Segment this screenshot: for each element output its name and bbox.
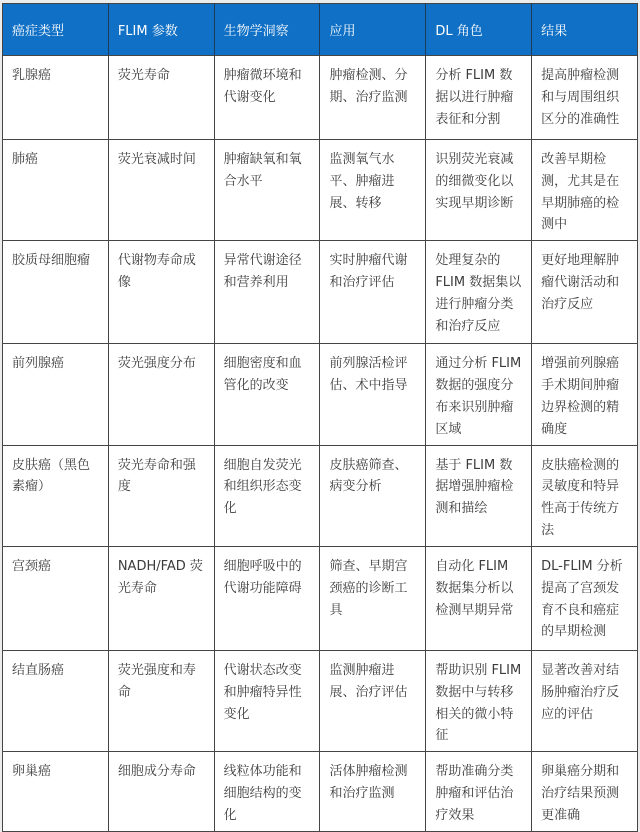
dl-role-cell: 识别荧光衰减的细微变化以实现早期诊断 [426,140,532,241]
dl-role-cell: 基于 FLIM 数据增强肿瘤检测和描绘 [426,445,532,546]
column-header: 癌症类型 [3,4,109,56]
cancer-type-cell: 宫颈癌 [3,546,109,650]
biological-insight-cell: 异常代谢途径和营养利用 [214,241,320,344]
cancer-type-cell: 乳腺癌 [3,56,109,140]
table-row: 前列腺癌荧光强度分布细胞密度和血管化的改变前列腺活检评估、术中指导通过分析 FL… [3,344,638,445]
dl-role-cell: 通过分析 FLIM 数据的强度分布来识别肿瘤区域 [426,344,532,445]
dl-role-cell: 处理复杂的 FLIM 数据集以进行肿瘤分类和治疗反应 [426,241,532,344]
application-cell: 皮肤癌筛查、病变分析 [320,445,426,546]
flim-parameter-cell: NADH/FAD 荧光寿命 [108,546,214,650]
cancer-type-cell: 皮肤癌（黑色素瘤） [3,445,109,546]
cancer-type-cell: 前列腺癌 [3,344,109,445]
application-cell: 前列腺活检评估、术中指导 [320,344,426,445]
table-body: 乳腺癌荧光寿命肿瘤微环境和代谢变化肿瘤检测、分期、治疗监测分析 FLIM 数据以… [3,56,638,832]
dl-role-cell: 分析 FLIM 数据以进行肿瘤表征和分割 [426,56,532,140]
biological-insight-cell: 肿瘤缺氧和氧合水平 [214,140,320,241]
table-row: 宫颈癌NADH/FAD 荧光寿命细胞呼吸中的代谢功能障碍筛查、早期宫颈癌的诊断工… [3,546,638,650]
page: 癌症类型FLIM 参数生物学洞察应用DL 角色结果 乳腺癌荧光寿命肿瘤微环境和代… [0,0,640,829]
flim-parameter-cell: 细胞成分寿命 [108,752,214,831]
biological-insight-cell: 细胞密度和血管化的改变 [214,344,320,445]
table-row: 肺癌荧光衰减时间肿瘤缺氧和氧合水平监测氧气水平、肿瘤进展、转移识别荧光衰减的细微… [3,140,638,241]
biological-insight-cell: 线粒体功能和细胞结构的变化 [214,752,320,831]
table-row: 卵巢癌细胞成分寿命线粒体功能和细胞结构的变化活体肿瘤检测和治疗监测帮助准确分类肿… [3,752,638,831]
column-header: 结果 [532,4,638,56]
result-cell: 提高肿瘤检测和与周围组织区分的准确性 [532,56,638,140]
table-row: 皮肤癌（黑色素瘤）荧光寿命和强度细胞自发荧光和组织形态变化皮肤癌筛查、病变分析基… [3,445,638,546]
column-header: 应用 [320,4,426,56]
application-cell: 监测氧气水平、肿瘤进展、转移 [320,140,426,241]
flim-parameter-cell: 荧光强度和寿命 [108,650,214,751]
flim-parameter-cell: 代谢物寿命成像 [108,241,214,344]
flim-parameter-cell: 荧光寿命 [108,56,214,140]
column-header: 生物学洞察 [214,4,320,56]
cancer-type-cell: 结直肠癌 [3,650,109,751]
flim-cancer-table: 癌症类型FLIM 参数生物学洞察应用DL 角色结果 乳腺癌荧光寿命肿瘤微环境和代… [2,3,638,832]
result-cell: 更好地理解肿瘤代谢活动和治疗反应 [532,241,638,344]
dl-role-cell: 自动化 FLIM 数据集分析以检测早期异常 [426,546,532,650]
result-cell: DL-FLIM 分析提高了宫颈发育不良和癌症的早期检测 [532,546,638,650]
result-cell: 显著改善对结肠肿瘤治疗反应的评估 [532,650,638,751]
column-header: FLIM 参数 [108,4,214,56]
result-cell: 卵巢癌分期和治疗结果预测更准确 [532,752,638,831]
biological-insight-cell: 肿瘤微环境和代谢变化 [214,56,320,140]
result-cell: 皮肤癌检测的灵敏度和特异性高于传统方法 [532,445,638,546]
table-header: 癌症类型FLIM 参数生物学洞察应用DL 角色结果 [3,4,638,56]
biological-insight-cell: 代谢状态改变和肿瘤特异性变化 [214,650,320,751]
dl-role-cell: 帮助准确分类肿瘤和评估治疗效果 [426,752,532,831]
application-cell: 活体肿瘤检测和治疗监测 [320,752,426,831]
cancer-type-cell: 卵巢癌 [3,752,109,831]
cancer-type-cell: 胶质母细胞瘤 [3,241,109,344]
table-row: 结直肠癌荧光强度和寿命代谢状态改变和肿瘤特异性变化监测肿瘤进展、治疗评估帮助识别… [3,650,638,751]
column-header: DL 角色 [426,4,532,56]
application-cell: 实时肿瘤代谢和治疗评估 [320,241,426,344]
result-cell: 增强前列腺癌手术期间肿瘤边界检测的精确度 [532,344,638,445]
biological-insight-cell: 细胞呼吸中的代谢功能障碍 [214,546,320,650]
cancer-type-cell: 肺癌 [3,140,109,241]
flim-parameter-cell: 荧光寿命和强度 [108,445,214,546]
flim-parameter-cell: 荧光强度分布 [108,344,214,445]
application-cell: 肿瘤检测、分期、治疗监测 [320,56,426,140]
result-cell: 改善早期检测，尤其是在早期肺癌的检测中 [532,140,638,241]
biological-insight-cell: 细胞自发荧光和组织形态变化 [214,445,320,546]
application-cell: 筛查、早期宫颈癌的诊断工具 [320,546,426,650]
flim-parameter-cell: 荧光衰减时间 [108,140,214,241]
table-row: 胶质母细胞瘤代谢物寿命成像异常代谢途径和营养利用实时肿瘤代谢和治疗评估处理复杂的… [3,241,638,344]
table-row: 乳腺癌荧光寿命肿瘤微环境和代谢变化肿瘤检测、分期、治疗监测分析 FLIM 数据以… [3,56,638,140]
application-cell: 监测肿瘤进展、治疗评估 [320,650,426,751]
header-row: 癌症类型FLIM 参数生物学洞察应用DL 角色结果 [3,4,638,56]
dl-role-cell: 帮助识别 FLIM 数据中与转移相关的微小特征 [426,650,532,751]
